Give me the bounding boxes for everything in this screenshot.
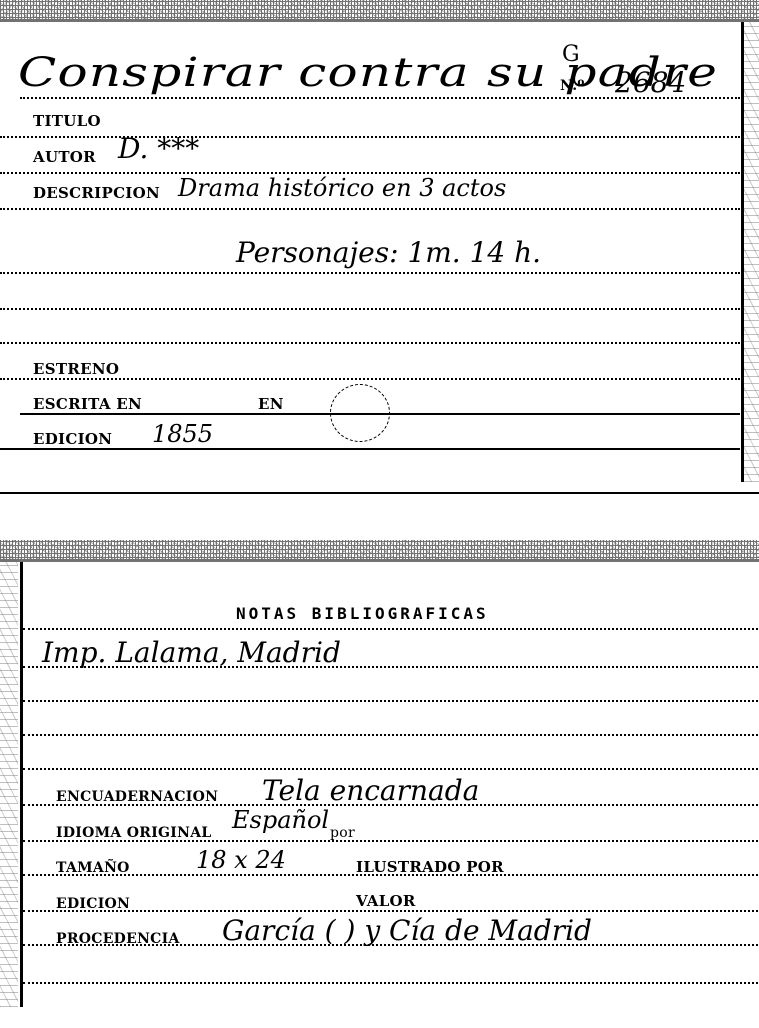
blank-rule bbox=[0, 308, 740, 310]
card-front-edge bbox=[0, 492, 759, 494]
edicion-label: EDICION bbox=[33, 430, 112, 448]
tamano-value: 18 x 24 bbox=[196, 846, 286, 874]
idioma-original-label: IDIOMA ORIGINAL bbox=[56, 825, 212, 841]
idioma-original-value: Español bbox=[232, 806, 329, 834]
escrita-en-label: ESCRITA EN bbox=[33, 395, 142, 413]
notes-rule-3 bbox=[23, 734, 759, 736]
edicion-rule bbox=[0, 448, 740, 450]
scan-noise-left bbox=[0, 562, 18, 1007]
personajes-value: Personajes: 1m. 14 h. bbox=[236, 236, 541, 269]
faded-stamp bbox=[330, 384, 390, 442]
notes-rule-4 bbox=[23, 768, 759, 770]
encuadernacion-value: Tela encarnada bbox=[262, 774, 479, 807]
descripcion-label: DESCRIPCION bbox=[33, 184, 160, 202]
edicion-value: 1855 bbox=[152, 420, 213, 448]
estreno-rule bbox=[0, 378, 740, 380]
en-label: EN bbox=[258, 395, 284, 413]
final-rule bbox=[23, 982, 759, 984]
scan-noise-top bbox=[0, 0, 759, 22]
ilustrado-por-label: ILUSTRADO POR bbox=[356, 858, 504, 876]
por-label: por bbox=[330, 825, 355, 841]
descripcion-rule bbox=[0, 208, 740, 210]
autor-value: D. *** bbox=[118, 132, 199, 165]
titulo-label: TITULO bbox=[33, 112, 101, 130]
number-value: 2684 bbox=[615, 66, 686, 99]
section-rule bbox=[0, 342, 740, 344]
autor-label: AUTOR bbox=[33, 148, 96, 166]
notas-heading: NOTAS BIBLIOGRAFICAS bbox=[236, 604, 489, 623]
tamano-label: TAMAÑO bbox=[56, 860, 130, 876]
catalog-card-front: Conspirar contra su padre G N.º 2684 TIT… bbox=[0, 22, 744, 482]
edicion-valor-rule bbox=[23, 910, 759, 912]
personajes-rule bbox=[0, 272, 740, 274]
procedencia-label: PROCEDENCIA bbox=[56, 931, 180, 947]
scan-noise-bottom bbox=[0, 540, 759, 562]
estreno-label: ESTRENO bbox=[33, 360, 119, 378]
notes-line-1: Imp. Lalama, Madrid bbox=[42, 636, 341, 669]
heading-rule bbox=[23, 628, 759, 630]
number-label: N.º bbox=[560, 78, 585, 94]
encuadernacion-label: ENCUADERNACION bbox=[56, 789, 218, 805]
edicion-back-label: EDICION bbox=[56, 896, 130, 912]
valor-label: VALOR bbox=[356, 892, 416, 910]
titulo-rule bbox=[0, 136, 740, 138]
procedencia-value: García ( ) y Cía de Madrid bbox=[222, 914, 592, 947]
descripcion-value: Drama histórico en 3 actos bbox=[178, 174, 506, 202]
notes-rule-2 bbox=[23, 700, 759, 702]
title-value: Conspirar contra su padre bbox=[18, 50, 718, 96]
number-mark: G bbox=[562, 42, 580, 67]
